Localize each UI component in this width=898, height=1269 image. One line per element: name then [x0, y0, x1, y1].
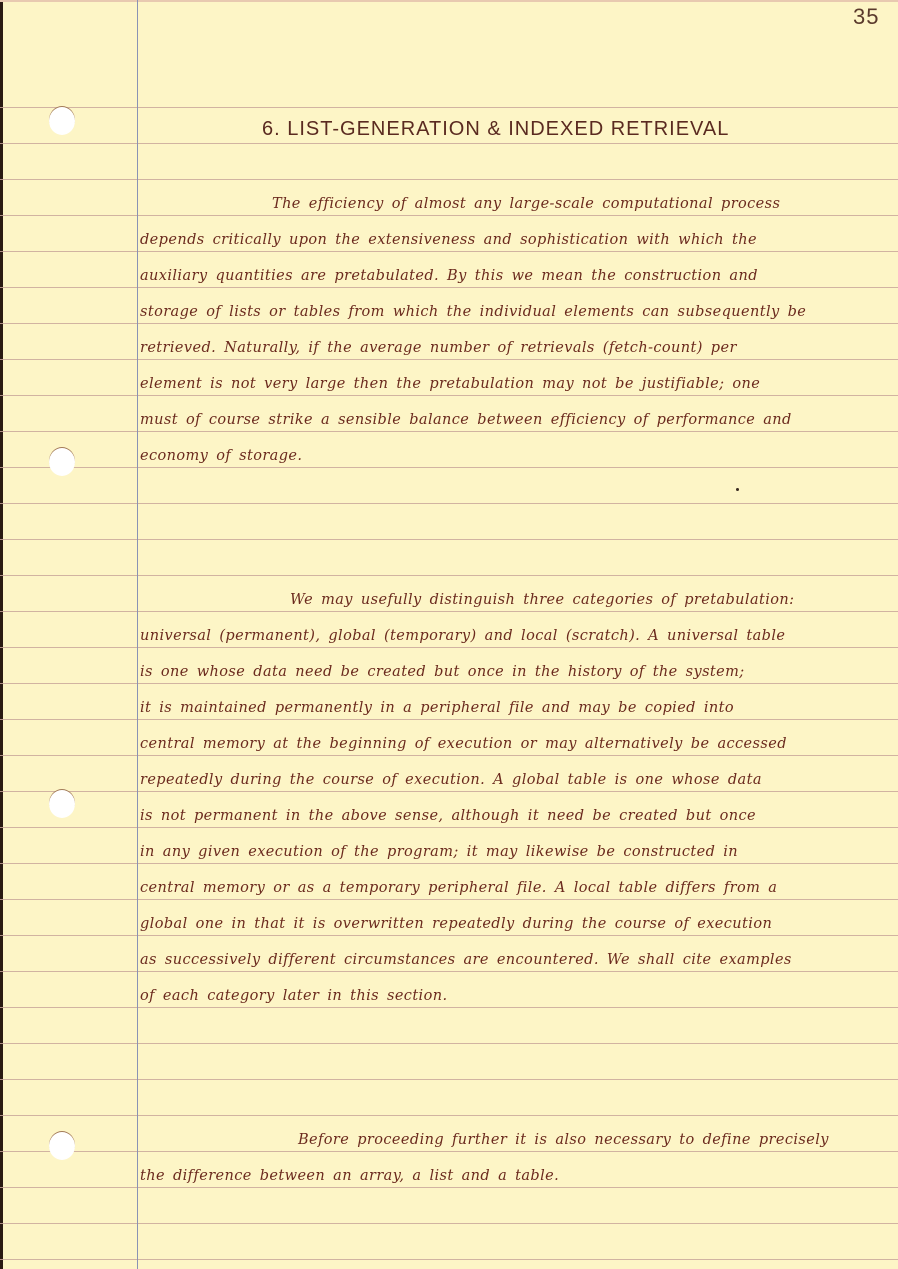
punch-hole: [49, 1132, 75, 1160]
ruled-line: [0, 863, 898, 864]
text-line: Before proceeding further it is also nec…: [140, 1130, 898, 1150]
ruled-line: [0, 935, 898, 936]
ruled-line: [0, 647, 898, 648]
text-line: global one in that it is overwritten rep…: [140, 914, 885, 934]
text-line: central memory or as a temporary periphe…: [140, 878, 885, 898]
text-line: We may usefully distinguish three catego…: [140, 590, 898, 610]
text-line: is not permanent in the above sense, alt…: [140, 806, 885, 826]
ruled-line: [0, 1079, 898, 1080]
punch-hole: [49, 790, 75, 818]
ruled-line: [0, 179, 898, 180]
text-line: as successively different circumstances …: [140, 950, 885, 970]
ruled-line: [0, 251, 898, 252]
text-line: is one whose data need be created but on…: [140, 662, 885, 682]
ruled-line: [0, 467, 898, 468]
ruled-line: [0, 755, 898, 756]
text-line: depends critically upon the extensivenes…: [140, 230, 885, 250]
ruled-line: [0, 1043, 898, 1044]
text-line: economy of storage.: [140, 446, 885, 466]
stray-mark: [736, 488, 739, 491]
ruled-line: [0, 215, 898, 216]
text-line: repeatedly during the course of executio…: [140, 770, 885, 790]
punch-hole: [49, 448, 75, 476]
ruled-line: [0, 107, 898, 108]
notebook-page: 35 6. LIST-GENERATION & INDEXED RETRIEVA…: [0, 0, 898, 1269]
ruled-line: [0, 143, 898, 144]
ruled-line: [0, 323, 898, 324]
ruled-line: [0, 1115, 898, 1116]
ruled-line: [0, 287, 898, 288]
ruled-line: [0, 719, 898, 720]
ruled-line: [0, 1223, 898, 1224]
text-line: retrieved. Naturally, if the average num…: [140, 338, 885, 358]
ruled-line: [0, 899, 898, 900]
ruled-line: [0, 1187, 898, 1188]
text-line: The efficiency of almost any large-scale…: [140, 194, 898, 214]
ruled-line: [0, 575, 898, 576]
text-line: it is maintained permanently in a periph…: [140, 698, 885, 718]
text-line: storage of lists or tables from which th…: [140, 302, 885, 322]
ruled-line: [0, 1151, 898, 1152]
text-line: of each category later in this section.: [140, 986, 885, 1006]
ruled-line: [0, 971, 898, 972]
text-line: element is not very large then the preta…: [140, 374, 885, 394]
ruled-line: [0, 503, 898, 504]
ruled-line: [0, 683, 898, 684]
page-top-edge: [0, 0, 898, 2]
page-number: 35: [853, 4, 879, 30]
text-line: the difference between an array, a list …: [140, 1166, 885, 1186]
ruled-line: [0, 539, 898, 540]
punch-hole: [49, 107, 75, 135]
ruled-line: [0, 431, 898, 432]
text-line: central memory at the beginning of execu…: [140, 734, 885, 754]
margin-line: [137, 0, 138, 1269]
ruled-line: [0, 1007, 898, 1008]
ruled-line: [0, 827, 898, 828]
ruled-line: [0, 611, 898, 612]
text-line: auxiliary quantities are pretabulated. B…: [140, 266, 885, 286]
text-line: must of course strike a sensible balance…: [140, 410, 885, 430]
ruled-line: [0, 395, 898, 396]
text-line: universal (permanent), global (temporary…: [140, 626, 885, 646]
section-heading: 6. LIST-GENERATION & INDEXED RETRIEVAL: [262, 118, 729, 141]
ruled-line: [0, 791, 898, 792]
ruled-line: [0, 1259, 898, 1260]
text-line: in any given execution of the program; i…: [140, 842, 885, 862]
ruled-line: [0, 359, 898, 360]
